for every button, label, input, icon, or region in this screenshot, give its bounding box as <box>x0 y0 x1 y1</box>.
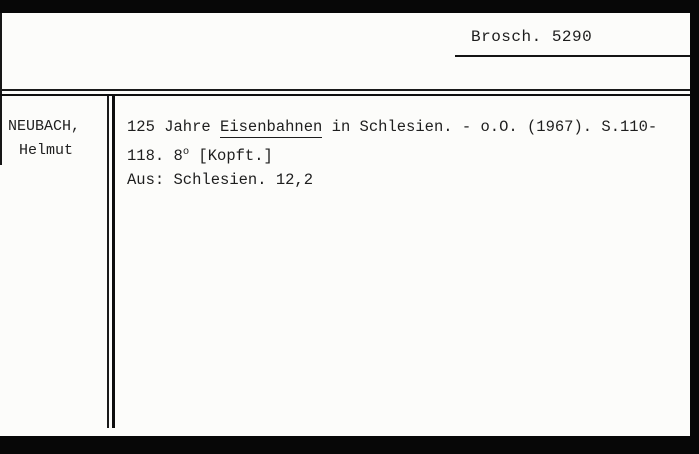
author-forename: Helmut <box>8 139 80 163</box>
author-column: NEUBACH,Helmut <box>8 115 80 163</box>
author-surname: NEUBACH, <box>8 118 80 135</box>
entry-line2-post: [Kopft.] <box>189 147 273 165</box>
scanned-catalog-card-page: { "stamp": { "label": "Brosch. 5290" }, … <box>0 0 699 454</box>
shelfmark-underline <box>455 55 690 57</box>
column-divider-right-line <box>112 96 115 428</box>
entry-line1-post: in Schlesien. - o.O. (1967). S.110- <box>322 118 657 136</box>
column-divider-left-line <box>107 96 109 428</box>
bibliographic-entry: 125 Jahre Eisenbahnen in Schlesien. - o.… <box>127 115 677 193</box>
header-divider-top-line <box>0 89 690 91</box>
header-divider-bottom-line <box>0 94 690 96</box>
shelfmark-stamp: Brosch. 5290 <box>471 27 592 47</box>
entry-title-underlined: Eisenbahnen <box>220 118 322 138</box>
entry-line-2: 118. 8o [Kopft.] <box>127 140 677 169</box>
entry-line2-pre: 118. 8 <box>127 147 183 165</box>
catalog-card <box>0 13 690 436</box>
entry-line-1: 125 Jahre Eisenbahnen in Schlesien. - o.… <box>127 115 677 140</box>
entry-line1-pre: 125 Jahre <box>127 118 220 136</box>
entry-line-3: Aus: Schlesien. 12,2 <box>127 168 677 193</box>
